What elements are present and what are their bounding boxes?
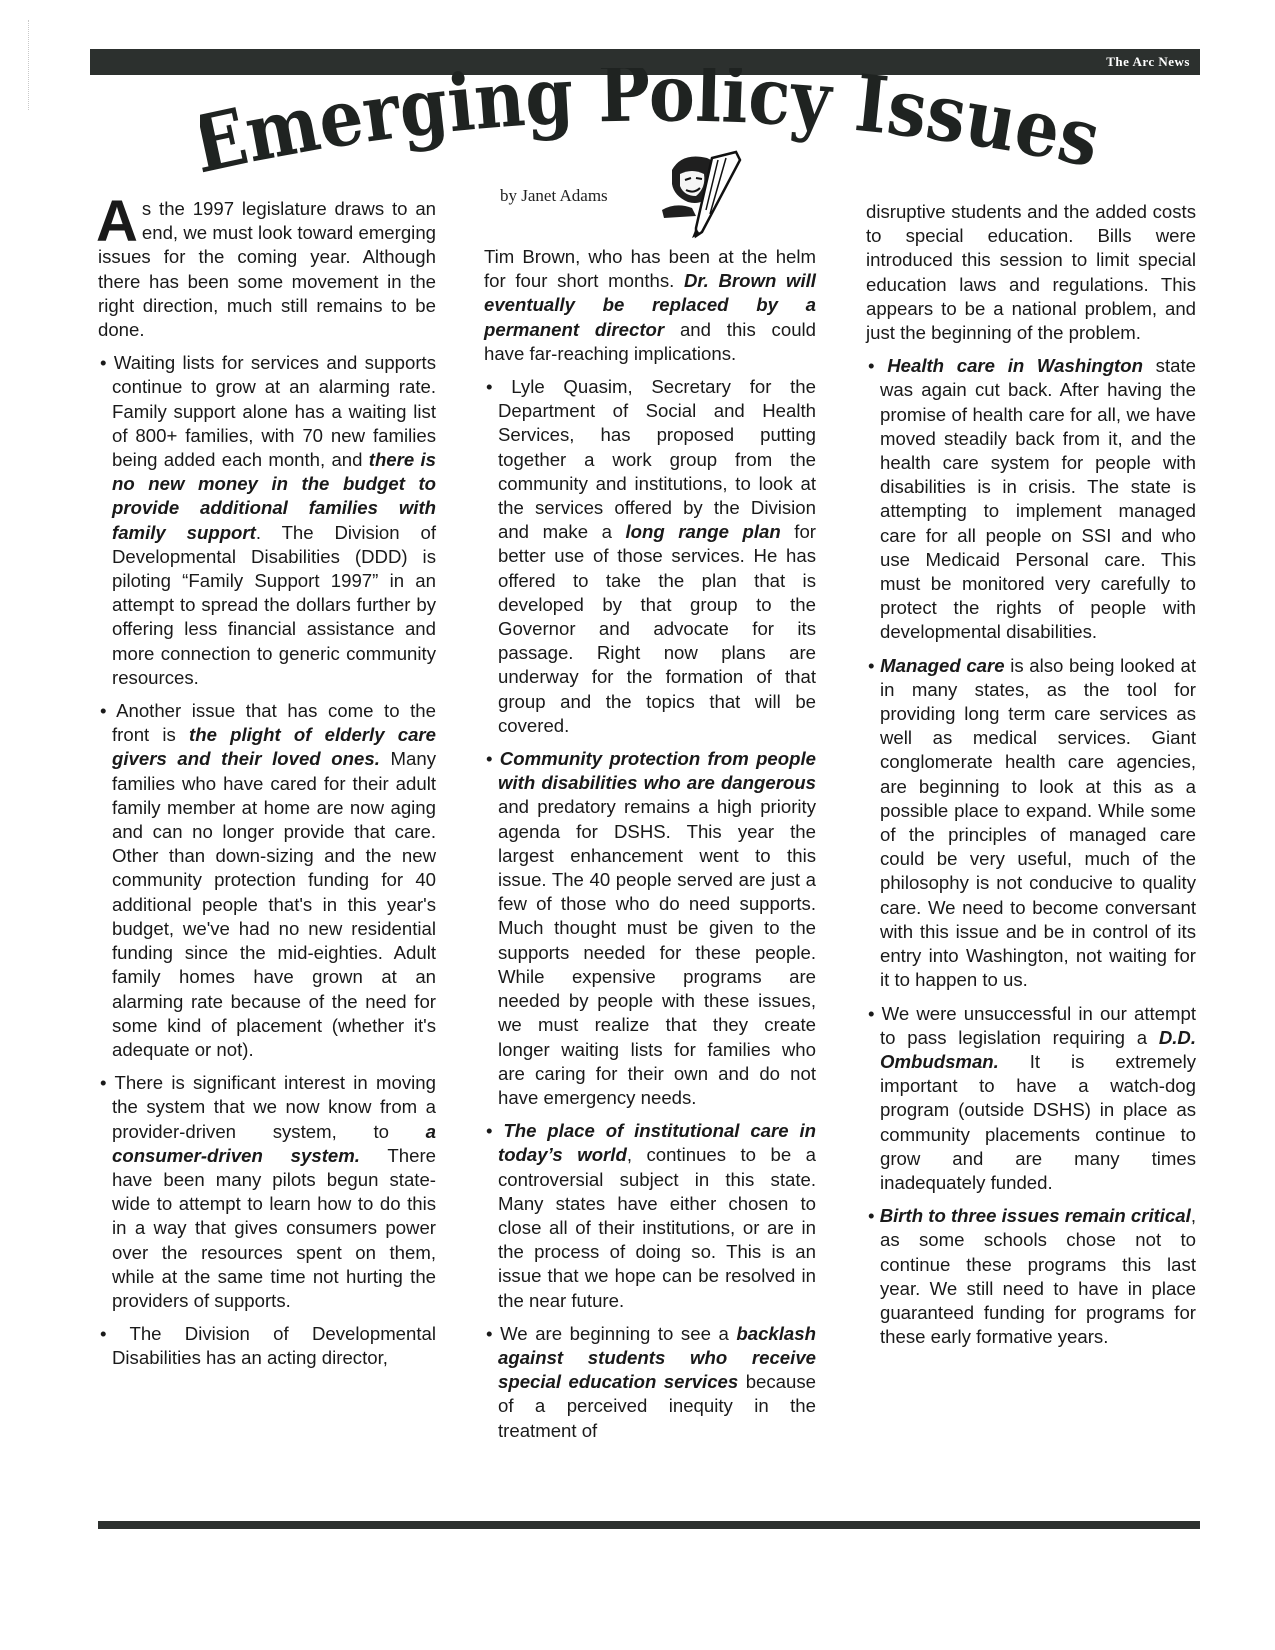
bullet-health-care: • Health care in Washington state was ag… — [866, 354, 1196, 644]
bullet-waiting-lists: • Waiting lists for services and support… — [98, 351, 436, 690]
lead-paragraph: As the 1997 legislature draws to an end,… — [98, 197, 436, 342]
continued-paragraph: disruptive students and the added costs … — [866, 200, 1196, 345]
bullet-acting-director: • The Division of Developmental Disabili… — [98, 1322, 436, 1370]
bullet-icon: • — [100, 1323, 129, 1344]
bullet-community-protection: • Community protection from people with … — [484, 747, 816, 1110]
continued-paragraph: Tim Brown, who has been at the helm for … — [484, 245, 816, 366]
bullet-icon: • — [100, 352, 114, 373]
bullet-icon: • — [100, 1072, 114, 1093]
bullet-managed-care: • Managed care is also being looked at i… — [866, 654, 1196, 993]
bullet-icon: • — [868, 1205, 880, 1226]
bullet-elderly-caregivers: • Another issue that has come to the fro… — [98, 699, 436, 1062]
bullet-institutional-care: • The place of institutional care in tod… — [484, 1119, 816, 1313]
article-column-3: disruptive students and the added costs … — [866, 200, 1196, 1358]
article-column-1: As the 1997 legislature draws to an end,… — [98, 197, 436, 1380]
scan-artifact — [28, 20, 49, 110]
pencil-mascot-icon — [652, 150, 742, 240]
bullet-special-education: • We are beginning to see a backlash aga… — [484, 1322, 816, 1443]
bullet-icon: • — [486, 376, 511, 397]
article-column-2: Tim Brown, who has been at the helm for … — [484, 245, 816, 1452]
footer-rule — [98, 1521, 1200, 1529]
bullet-icon: • — [486, 1120, 503, 1141]
bullet-icon: • — [868, 655, 880, 676]
drop-cap: A — [96, 199, 138, 245]
bullet-consumer-driven: • There is significant interest in movin… — [98, 1071, 436, 1313]
bullet-icon: • — [486, 1323, 500, 1344]
bullet-icon: • — [868, 1003, 882, 1024]
bullet-long-range-plan: • Lyle Quasim, Secretary for the Departm… — [484, 375, 816, 738]
bullet-ombudsman: • We were unsuccessful in our attempt to… — [866, 1002, 1196, 1196]
bullet-birth-to-three: • Birth to three issues remain critical,… — [866, 1204, 1196, 1349]
bullet-icon: • — [486, 748, 500, 769]
bullet-icon: • — [868, 355, 887, 376]
bullet-icon: • — [100, 700, 116, 721]
byline: by Janet Adams — [500, 186, 608, 206]
